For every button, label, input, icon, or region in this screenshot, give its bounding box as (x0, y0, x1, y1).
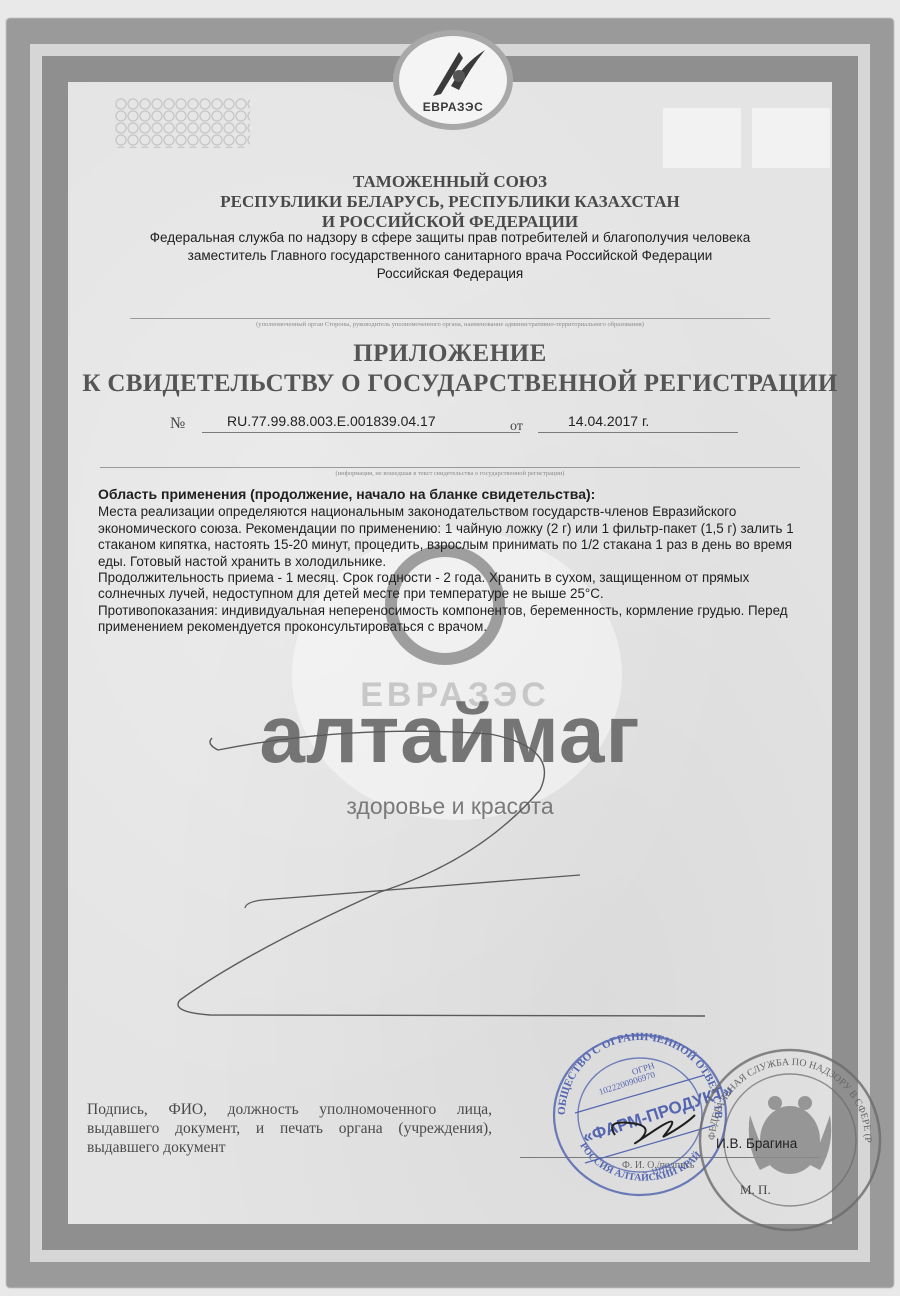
appendix-title: ПРИЛОЖЕНИЕ (90, 340, 810, 368)
hex-pattern-decoration (115, 98, 250, 148)
signer-name: И.В. Брагина (716, 1136, 797, 1151)
certificate-title: К СВИДЕТЕЛЬСТВУ О ГОСУДАРСТВЕННОЙ РЕГИСТ… (70, 370, 850, 398)
registration-line: № RU.77.99.88.003.E.001839.04.17 от 14.0… (170, 413, 750, 437)
issuing-service: Федеральная служба по надзору в сфере за… (90, 230, 810, 245)
double-headed-eagle-icon (749, 1096, 832, 1174)
scope-paragraph: Места реализации определяются национальн… (98, 504, 818, 570)
scope-paragraph: Продолжительность приема - 1 месяц. Срок… (98, 570, 818, 603)
country: Российская Федерация (90, 266, 810, 281)
blank-box (752, 108, 830, 168)
registration-date: 14.04.2017 г. (538, 413, 738, 433)
number-sign: № (170, 415, 185, 433)
divider (130, 318, 770, 319)
republics-line-1: РЕСПУБЛИКИ БЕЛАРУСЬ, РЕСПУБЛИКИ КАЗАХСТА… (90, 192, 810, 212)
divider (100, 467, 800, 468)
republics-line-2: И РОССИЙСКОЙ ФЕДЕРАЦИИ (90, 212, 810, 232)
svg-text:1022200906970: 1022200906970 (598, 1069, 657, 1097)
z-cancel-scribble (150, 720, 730, 1040)
scope-paragraph: Противопоказания: индивидуальная неперен… (98, 603, 818, 636)
application-scope-text: Область применения (продолжение, начало … (98, 486, 818, 636)
union-title: ТАМОЖЕННЫЙ СОЮЗ (90, 172, 810, 192)
eurasec-emblem: ЕВРАЗЭС (393, 30, 513, 130)
emblem-label: ЕВРАЗЭС (399, 100, 507, 114)
signature-caption: Подпись, ФИО, должность уполномоченного … (87, 1100, 492, 1157)
deputy-title: заместитель Главного государственного са… (90, 248, 810, 263)
authority-caption: (уполномоченный орган Стороны, руководит… (90, 321, 810, 328)
seal-mark: М. П. (740, 1182, 771, 1198)
blank-box (663, 108, 741, 168)
eurasec-bird-icon (429, 46, 489, 98)
registration-number: RU.77.99.88.003.E.001839.04.17 (202, 413, 520, 433)
from-label: от (510, 419, 523, 435)
certificate-appendix-page: ЕВРАЗЭС ТАМОЖЕННЫЙ СОЮЗ РЕСПУБЛИКИ БЕЛАР… (0, 0, 900, 1296)
info-caption: (информация, не вошедшая в текст свидете… (90, 470, 810, 477)
scope-heading: Область применения (продолжение, начало … (98, 486, 818, 502)
